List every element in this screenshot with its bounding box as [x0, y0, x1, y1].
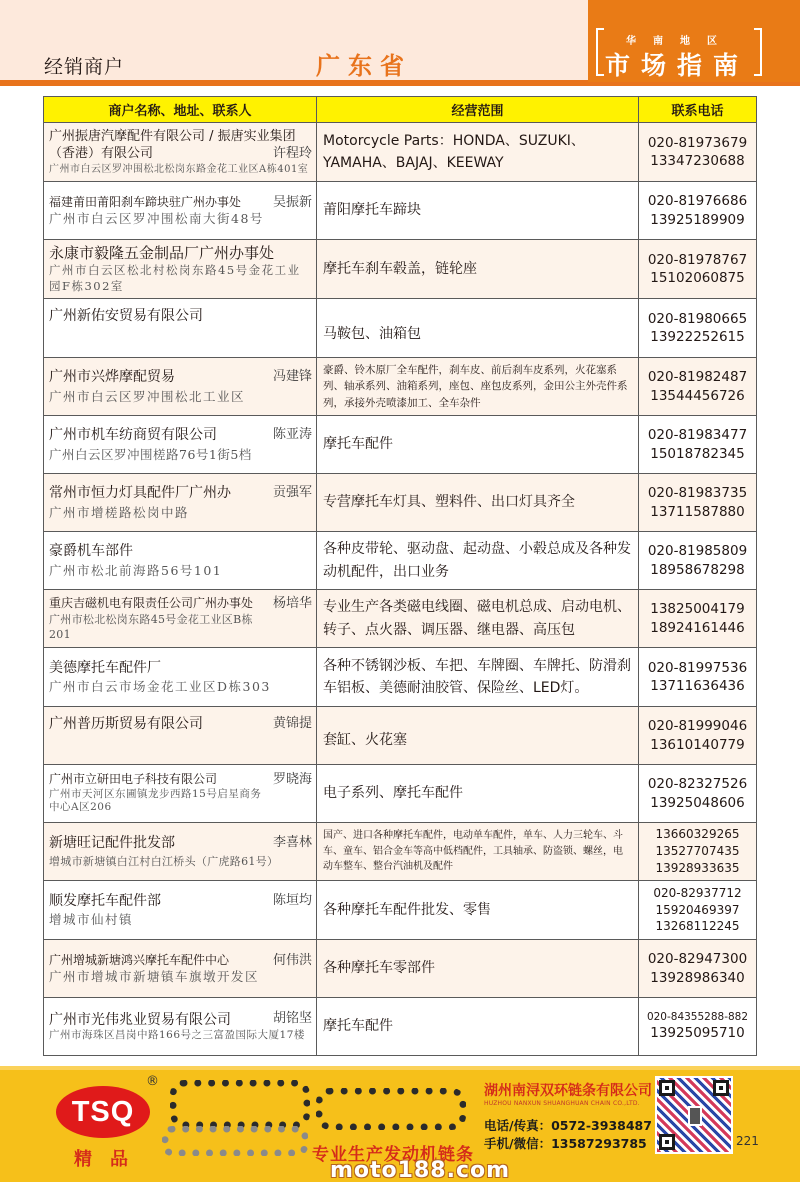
qr-finder-icon	[713, 1080, 729, 1096]
phone-cell: 020-82937712 15920469397 13268112245	[639, 881, 757, 940]
contact-person: 李喜林	[273, 834, 312, 852]
phone-number: 020-81978767	[639, 251, 756, 269]
table-row: 广州新佑安贸易有限公司 马鞍包、油箱包 020-81980665 1392225…	[44, 299, 757, 358]
dealer-name: 广州新佑安贸易有限公司	[49, 307, 312, 326]
advertiser-mobile: 手机/微信：13587293785	[484, 1134, 647, 1152]
phone-cell: 020-81997536 13711636436	[639, 648, 757, 707]
dealer-cell: 广州新佑安贸易有限公司	[44, 299, 317, 358]
chain-product-icon	[316, 1088, 466, 1130]
phone-cell: 020-82327526 13925048606	[639, 765, 757, 823]
phone-cell: 020-81980665 13922252615	[639, 299, 757, 358]
dealer-cell: 常州市恒力灯具配件厂广州办贡强军 广州市增槎路松岗中路	[44, 474, 317, 532]
business-scope: 豪爵、铃木原厂全车配件，刹车皮、前后刹车皮系列，火花塞系列、轴承系列、油箱系列，…	[317, 358, 639, 416]
phone-cell: 020-81983735 13711587880	[639, 474, 757, 532]
table-row: 广州市光伟兆业贸易有限公司胡铭坚 广州市海珠区昌岗中路166号之三富盈国际大厦1…	[44, 998, 757, 1056]
phone-number: 13610140779	[639, 736, 756, 754]
dealer-cell: 广州市机车纺商贸有限公司陈亚涛 广州白云区罗冲围槎路76号1街5档	[44, 416, 317, 474]
dealer-table: 商户名称、地址、联系人 经营范围 联系电话 广州振唐汽摩配件有限公司 / 振唐实…	[43, 96, 757, 1056]
table-row: 新塘旺记配件批发部李喜林 增城市新塘镇白江村白江桥头（广虎路61号） 国产、进口…	[44, 823, 757, 881]
column-header-phone: 联系电话	[639, 97, 757, 123]
phone-number: 020-81980665	[639, 310, 756, 328]
business-scope: 各种不锈钢沙板、车把、车牌圈、车牌托、防滑刹车铝板、美德耐油胶管、保险丝、LED…	[317, 648, 639, 707]
phone-number: 18958678298	[639, 561, 756, 579]
table-row: 永康市毅隆五金制品厂广州办事处 广州市白云区松北村松岗东路45号金花工业园F栋3…	[44, 240, 757, 299]
business-scope: 专营摩托车灯具、塑料件、出口灯具齐全	[317, 474, 639, 532]
phone-number: 15920469397	[639, 902, 756, 919]
dealer-address: 广州市松北前海路56号101	[49, 562, 312, 579]
phone-number: 020-81973679	[639, 134, 756, 152]
dealer-address: 广州白云区罗冲围槎路76号1街5档	[49, 446, 312, 463]
dealer-name: 美德摩托车配件厂	[49, 659, 312, 678]
phone-cell: 020-84355288-882 13925095710	[639, 998, 757, 1056]
phone-number: 13928933635	[639, 860, 756, 877]
dealer-cell: 广州增城新塘鸿兴摩托车配件中心何伟洪 广州市增城市新塘镇车旗墩开发区	[44, 940, 317, 998]
section-label: 经销商户	[44, 52, 124, 79]
phone-cell: 13825004179 18924161446	[639, 590, 757, 648]
phone-number: 15102060875	[639, 269, 756, 287]
phone-number: 020-81983477	[639, 426, 756, 444]
dealer-address: 广州市白云市场金花工业区D栋303	[49, 678, 312, 695]
qr-finder-icon	[659, 1080, 675, 1096]
phone-cell: 020-81985809 18958678298	[639, 532, 757, 590]
phone-cell: 020-82947300 13928986340	[639, 940, 757, 998]
phone-number: 020-81997536	[639, 659, 756, 677]
dealer-address: 广州市白云区罗冲围松北松岗东路金花工业区A栋401室	[49, 163, 312, 177]
phone-number: 13268112245	[639, 918, 756, 935]
phone-number: 020-81976686	[639, 192, 756, 210]
dealer-name: 广州市立研田电子科技有限公司罗晓海	[49, 772, 312, 788]
phone-cell: 020-81982487 13544456726	[639, 358, 757, 416]
column-header-scope: 经营范围	[317, 97, 639, 123]
phone-cell: 13660329265 13527707435 13928933635	[639, 823, 757, 881]
phone-number: 020-82937712	[639, 885, 756, 902]
business-scope: 莆阳摩托车蹄块	[317, 182, 639, 240]
phone-cell: 020-81983477 15018782345	[639, 416, 757, 474]
business-scope: Motorcycle Parts：HONDA、SUZUKI、YAMAHA、BAJ…	[317, 123, 639, 182]
table-row: 豪爵机车部件 广州市松北前海路56号101 各种皮带轮、驱动盘、起动盘、小毂总成…	[44, 532, 757, 590]
dealer-cell: 广州市光伟兆业贸易有限公司胡铭坚 广州市海珠区昌岗中路166号之三富盈国际大厦1…	[44, 998, 317, 1056]
table-row: 广州市机车纺商贸有限公司陈亚涛 广州白云区罗冲围槎路76号1街5档 摩托车配件 …	[44, 416, 757, 474]
contact-person: 何伟洪	[273, 952, 312, 970]
phone-number: 13925048606	[639, 794, 756, 812]
business-scope: 各种皮带轮、驱动盘、起动盘、小毂总成及各种发动机配件，出口业务	[317, 532, 639, 590]
province-title: 广东省	[316, 46, 412, 81]
region-subtitle: 华南地区	[626, 32, 734, 47]
dealer-cell: 重庆吉磁机电有限责任公司广州办事处杨培华 广州市松北松岗东路45号金花工业区B栋…	[44, 590, 317, 648]
business-scope: 国产、进口各种摩托车配件，电动单车配件，单车、人力三轮车、斗车、童车、铝合金车等…	[317, 823, 639, 881]
dealer-name: 重庆吉磁机电有限责任公司广州办事处杨培华	[49, 595, 312, 612]
phone-cell: 020-81999046 13610140779	[639, 707, 757, 765]
table-row: 常州市恒力灯具配件厂广州办贡强军 广州市增槎路松岗中路 专营摩托车灯具、塑料件、…	[44, 474, 757, 532]
brand-tagline: 精品	[74, 1145, 146, 1171]
table-header-row: 商户名称、地址、联系人 经营范围 联系电话	[44, 97, 757, 123]
dealer-address: 广州市白云区罗冲围松北工业区	[49, 388, 312, 405]
market-guide-tab: 华南地区 市场指南	[588, 0, 800, 82]
phone-number: 13527707435	[639, 843, 756, 860]
contact-person: 贡强军	[273, 484, 312, 502]
dealer-name: 顺发摩托车配件部陈垣均	[49, 892, 312, 911]
business-scope: 各种摩托车配件批发、零售	[317, 881, 639, 940]
phone-number: 13711587880	[639, 503, 756, 521]
phone-number: 020-81999046	[639, 717, 756, 735]
tsq-brand-logo: TSQ	[56, 1086, 150, 1138]
dealer-cell: 新塘旺记配件批发部李喜林 增城市新塘镇白江村白江桥头（广虎路61号）	[44, 823, 317, 881]
contact-person: 陈亚涛	[273, 426, 312, 444]
contact-person: 罗晓海	[273, 772, 312, 789]
banner-top-strip	[0, 1066, 800, 1070]
right-bracket-icon	[754, 28, 762, 76]
dealer-name: 常州市恒力灯具配件厂广州办贡强军	[49, 484, 312, 503]
watermark-site: moto188.com	[330, 1158, 510, 1182]
contact-person: 吴振新	[273, 194, 312, 212]
business-scope: 套缸、火花塞	[317, 707, 639, 765]
column-header-name: 商户名称、地址、联系人	[44, 97, 317, 123]
dealer-cell: 广州普历斯贸易有限公司黄锦提	[44, 707, 317, 765]
business-scope: 专业生产各类磁电线圈、磁电机总成、启动电机、转子、点火器、调压器、继电器、高压包	[317, 590, 639, 648]
phone-number: 13922252615	[639, 328, 756, 346]
dealer-address: 广州市白云区松北村松岗东路45号金花工业园F栋302室	[49, 263, 312, 295]
dealer-address: 广州市白云区罗冲围松南大街48号	[49, 210, 312, 227]
chain-product-icon	[162, 1126, 308, 1156]
phone-number: 020-81983735	[639, 484, 756, 502]
phone-number: 13925189909	[639, 211, 756, 229]
phone-number: 020-81982487	[639, 368, 756, 386]
dealer-cell: 豪爵机车部件 广州市松北前海路56号101	[44, 532, 317, 590]
table-row: 重庆吉磁机电有限责任公司广州办事处杨培华 广州市松北松岗东路45号金花工业区B栋…	[44, 590, 757, 648]
phone-cell: 020-81978767 15102060875	[639, 240, 757, 299]
dealer-cell: 广州市立研田电子科技有限公司罗晓海 广州市天河区东圃镇龙步西路15号启星商务中心…	[44, 765, 317, 823]
phone-number: 020-82947300	[639, 950, 756, 968]
table-row: 福建莆田莆阳刹车蹄块驻广州办事处吴振新 广州市白云区罗冲围松南大街48号 莆阳摩…	[44, 182, 757, 240]
dealer-cell: 广州市兴烨摩配贸易冯建锋 广州市白云区罗冲围松北工业区	[44, 358, 317, 416]
contact-person: 杨培华	[273, 595, 312, 613]
phone-number: 13660329265	[639, 826, 756, 843]
qr-center-logo	[688, 1106, 702, 1126]
table-row: 广州市立研田电子科技有限公司罗晓海 广州市天河区东圃镇龙步西路15号启星商务中心…	[44, 765, 757, 823]
phone-number: 13925095710	[639, 1024, 756, 1042]
table-row: 广州普历斯贸易有限公司黄锦提 套缸、火花塞 020-81999046 13610…	[44, 707, 757, 765]
qr-code-icon[interactable]	[655, 1076, 733, 1154]
dealer-cell: 美德摩托车配件厂 广州市白云市场金花工业区D栋303	[44, 648, 317, 707]
dealer-address: 广州市增槎路松岗中路	[49, 504, 312, 521]
left-bracket-icon	[596, 28, 604, 76]
table-row: 美德摩托车配件厂 广州市白云市场金花工业区D栋303 各种不锈钢沙板、车把、车牌…	[44, 648, 757, 707]
phone-number: 020-82327526	[639, 775, 756, 793]
dealer-name: 广州增城新塘鸿兴摩托车配件中心何伟洪	[49, 952, 312, 969]
dealer-name: 广州普历斯贸易有限公司黄锦提	[49, 715, 312, 734]
dealer-name: 广州市兴烨摩配贸易冯建锋	[49, 368, 312, 387]
dealer-name: 广州市光伟兆业贸易有限公司胡铭坚	[49, 1011, 312, 1029]
business-scope: 摩托车刹车毂盖，链轮座	[317, 240, 639, 299]
dealer-address: 增城市仙村镇	[49, 911, 312, 928]
dealer-name: 新塘旺记配件批发部李喜林	[49, 834, 312, 853]
guide-title: 市场指南	[605, 46, 749, 82]
phone-number: 13928986340	[639, 969, 756, 987]
dealer-cell: 永康市毅隆五金制品厂广州办事处 广州市白云区松北村松岗东路45号金花工业园F栋3…	[44, 240, 317, 299]
contact-person: 陈垣均	[273, 892, 312, 910]
qr-finder-icon	[659, 1134, 675, 1150]
dealer-name: 福建莆田莆阳刹车蹄块驻广州办事处吴振新	[49, 194, 312, 211]
phone-cell: 020-81976686 13925189909	[639, 182, 757, 240]
advertiser-tel-fax: 电话/传真：0572-3938487	[484, 1116, 652, 1134]
advertiser-name-en: HUZHOU NANXUN SHUANGHUAN CHAIN CO.,LTD.	[484, 1100, 640, 1107]
dealer-address: 广州市增城市新塘镇车旗墩开发区	[49, 968, 312, 985]
dealer-cell: 福建莆田莆阳刹车蹄块驻广州办事处吴振新 广州市白云区罗冲围松南大街48号	[44, 182, 317, 240]
phone-number: 13711636436	[639, 677, 756, 695]
registered-trademark-icon: ®	[146, 1074, 159, 1089]
chain-product-icon	[170, 1080, 310, 1128]
advertisement-banner[interactable]: TSQ ® 精品 专业生产发动机链条 moto188.com 湖州南浔双环链条有…	[0, 1066, 800, 1182]
business-scope: 马鞍包、油箱包	[317, 299, 639, 358]
dealer-cell: 顺发摩托车配件部陈垣均 增城市仙村镇	[44, 881, 317, 940]
business-scope: 电子系列、摩托车配件	[317, 765, 639, 823]
dealer-address: 广州市天河区东圃镇龙步西路15号启星商务中心A区206	[49, 788, 312, 815]
phone-number: 13825004179	[639, 600, 756, 618]
phone-number: 020-84355288-882	[639, 1010, 756, 1024]
dealer-address: 广州市海珠区昌岗中路166号之三富盈国际大厦17楼	[49, 1029, 312, 1043]
business-scope: 摩托车配件	[317, 998, 639, 1056]
phone-number: 13347230688	[639, 152, 756, 170]
business-scope: 摩托车配件	[317, 416, 639, 474]
table-row: 广州市兴烨摩配贸易冯建锋 广州市白云区罗冲围松北工业区 豪爵、铃木原厂全车配件，…	[44, 358, 757, 416]
business-scope: 各种摩托车零部件	[317, 940, 639, 998]
table-row: 广州振唐汽摩配件有限公司 / 振唐实业集团（香港）有限公司许程玲 广州市白云区罗…	[44, 123, 757, 182]
contact-person: 胡铭坚	[273, 1011, 312, 1028]
phone-number: 020-81985809	[639, 542, 756, 560]
table-row: 广州增城新塘鸿兴摩托车配件中心何伟洪 广州市增城市新塘镇车旗墩开发区 各种摩托车…	[44, 940, 757, 998]
phone-number: 15018782345	[639, 445, 756, 463]
dealer-name: 永康市毅隆五金制品厂广州办事处	[49, 243, 312, 264]
advertiser-name: 湖州南浔双环链条有限公司	[484, 1080, 652, 1100]
dealer-name: 豪爵机车部件	[49, 542, 312, 561]
dealer-address: 广州市松北松岗东路45号金花工业区B栋201	[49, 612, 312, 642]
contact-person: 冯建锋	[273, 368, 312, 386]
dealer-name: 广州振唐汽摩配件有限公司 / 振唐实业集团（香港）有限公司许程玲	[49, 128, 312, 163]
dealer-cell: 广州振唐汽摩配件有限公司 / 振唐实业集团（香港）有限公司许程玲 广州市白云区罗…	[44, 123, 317, 182]
phone-number: 13544456726	[639, 387, 756, 405]
contact-person: 许程玲	[273, 145, 312, 163]
page-number: 221	[736, 1134, 759, 1148]
phone-cell: 020-81973679 13347230688	[639, 123, 757, 182]
table-row: 顺发摩托车配件部陈垣均 增城市仙村镇 各种摩托车配件批发、零售 020-8293…	[44, 881, 757, 940]
dealer-name: 广州市机车纺商贸有限公司陈亚涛	[49, 426, 312, 445]
dealer-address: 增城市新塘镇白江村白江桥头（广虎路61号）	[49, 854, 312, 869]
phone-number: 18924161446	[639, 619, 756, 637]
contact-person: 黄锦提	[273, 715, 312, 733]
